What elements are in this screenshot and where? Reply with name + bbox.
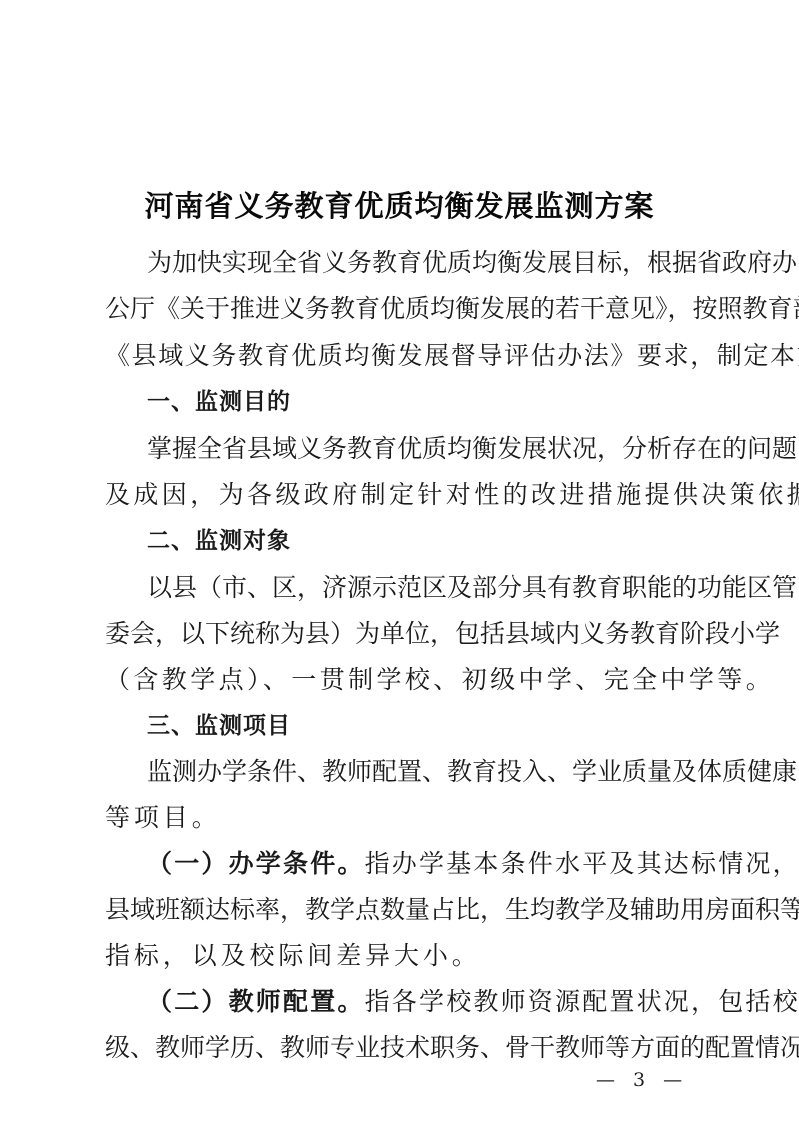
item-teacher-allocation-label: （二）教师配置。	[147, 987, 365, 1016]
purpose-line-1: 掌握全省县域义务教育优质均衡发展状况，分析存在的问题	[105, 426, 697, 472]
target-line-3: （含教学点）、一贯制学校、初级中学、完全中学等。	[105, 657, 697, 703]
item-school-conditions-label: （一）办学条件。	[147, 849, 365, 878]
items-line-2: 等项目。	[105, 795, 697, 841]
target-line-2: 委会，以下统称为县）为单位，包括县域内义务教育阶段小学	[105, 611, 697, 657]
item-school-conditions-line-3: 指标，以及校际间差异大小。	[105, 933, 697, 979]
item-school-conditions-line-1: （一）办学条件。指办学基本条件水平及其达标情况，包括	[105, 841, 697, 887]
section-heading-target: 二、监测对象	[105, 518, 697, 564]
section-heading-purpose: 一、监测目的	[105, 379, 697, 425]
section-heading-items: 三、监测项目	[105, 703, 697, 749]
page-number: — 3 —	[596, 1066, 688, 1094]
item-teacher-allocation-line-2: 级、教师学历、教师专业技术职务、骨干教师等方面的配置情况	[105, 1025, 697, 1071]
intro-line-1: 为加快实现全省义务教育优质均衡发展目标，根据省政府办	[105, 240, 697, 286]
document-page: 河南省义务教育优质均衡发展监测方案 为加快实现全省义务教育优质均衡发展目标，根据…	[0, 0, 799, 1131]
item-school-conditions-line-2: 县域班额达标率，教学点数量占比，生均教学及辅助用房面积等	[105, 887, 697, 933]
document-title: 河南省义务教育优质均衡发展监测方案	[0, 186, 799, 226]
item-school-conditions-text: 指办学基本条件水平及其达标情况，包括	[365, 849, 799, 878]
intro-line-3: 《县域义务教育优质均衡发展督导评估办法》要求，制定本方案。	[105, 333, 697, 379]
items-line-1: 监测办学条件、教师配置、教育投入、学业质量及体质健康	[105, 749, 697, 795]
intro-line-2: 公厅《关于推进义务教育优质均衡发展的若干意见》，按照教育部	[105, 286, 697, 332]
purpose-line-2: 及成因，为各级政府制定针对性的改进措施提供决策依据。	[105, 472, 697, 518]
target-line-1: 以县（市、区，济源示范区及部分具有教育职能的功能区管	[105, 565, 697, 611]
item-teacher-allocation-text: 指各学校教师资源配置状况，包括校长职	[365, 987, 799, 1016]
item-teacher-allocation-line-1: （二）教师配置。指各学校教师资源配置状况，包括校长职	[105, 979, 697, 1025]
